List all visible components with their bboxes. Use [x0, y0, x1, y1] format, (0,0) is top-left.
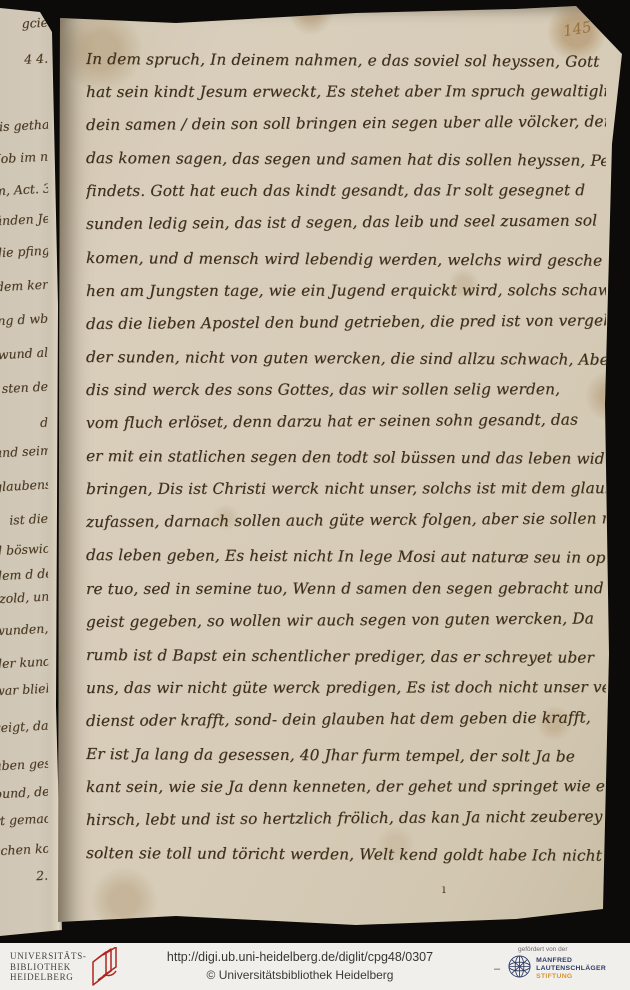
- manuscript-line: kant sein, wie sie Ja denn kenneten, der…: [86, 770, 606, 804]
- manuscript-line: komen, und d mensch wird lebendig werden…: [86, 242, 606, 278]
- marginalia-fragment: m, Act. 3:: [0, 181, 48, 199]
- manuscript-line: uns, das wir nicht güte werck predigen, …: [86, 671, 606, 705]
- footer-center-text: http://digi.ub.uni-heidelberg.de/diglit/…: [167, 950, 433, 982]
- marginalia-fragment: wunden,: [0, 621, 48, 639]
- marginalia-fragment: die pfing: [0, 243, 48, 261]
- library-name-line3: HEIDELBERG: [10, 972, 87, 983]
- manuscript-line: bringen, Dis ist Christi werck nicht uns…: [86, 472, 606, 506]
- manuscript-line: dein samen / dein son soll bringen ein s…: [86, 106, 606, 143]
- marginalia-fragment: tis gethan: [0, 117, 48, 135]
- marginalia-fragment: wund al: [0, 345, 48, 363]
- marginalia-fragment: rt gemacht: [0, 811, 48, 829]
- manuscript-page: 145 In dem spruch, In deinem nahmen, e d…: [56, 4, 622, 938]
- marginalia-fragment: ist die: [0, 511, 48, 529]
- manuscript-line: das die lieben Apostel den bund getriebe…: [86, 304, 606, 341]
- manuscript-line: vom fluch erlöset, denn darzu hat er sei…: [86, 403, 606, 440]
- marginalia-fragment: tzold, und: [0, 589, 48, 607]
- marginalia-fragment: 2.: [0, 868, 48, 886]
- manuscript-line: dis sind werck des sons Gottes, das wir …: [86, 373, 606, 407]
- marginalia-fragment: war blieb: [0, 681, 48, 699]
- marginalia-fragment: der kundig: [0, 654, 48, 672]
- funder-name-line2: LAUTENSCHLÄGER: [536, 965, 606, 973]
- marginalia-fragment: bund, der: [0, 784, 48, 802]
- marginalia-fragment: dem d der: [0, 566, 48, 584]
- digitized-page-url: http://digi.ub.uni-heidelberg.de/diglit/…: [167, 950, 433, 964]
- marginalia-fragment: d: [0, 415, 48, 433]
- marginalia-fragment: aben gesund: [0, 756, 48, 774]
- library-name-line2: BIBLIOTHEK: [10, 962, 87, 973]
- marginalia-fragment: schen kom: [0, 841, 48, 859]
- marginalia-fragment: und seim: [0, 443, 48, 461]
- manuscript-line: sunden ledig sein, das ist d segen, das …: [86, 205, 606, 242]
- marginalia-fragment: d böswich: [0, 541, 48, 559]
- marginalia-fragment: ünden Je: [0, 211, 48, 229]
- globe-icon: [507, 954, 532, 984]
- marginalia-fragment: Job im n: [0, 149, 48, 167]
- manuscript-line: er mit ein statlichen segen den todt sol…: [86, 440, 606, 476]
- manuscript-line: zufassen, darnach sollen auch güte werck…: [86, 503, 606, 540]
- funder-name-line1: MANFRED: [536, 957, 606, 965]
- manuscript-scan: gcie 4 4. tis gethan Job im n m, Act. 3:…: [0, 0, 630, 943]
- marginalia-fragment: glaubens j: [0, 477, 48, 495]
- manuscript-line: dienst oder krafft, sond- dein glauben h…: [86, 701, 606, 738]
- manuscript-line: hat sein kindt Jesum erweckt, Es stehet …: [86, 75, 606, 109]
- manuscript-line: geist gegeben, so wollen wir auch segen …: [86, 602, 606, 639]
- manuscript-line: In dem spruch, In deinem nahmen, e das s…: [86, 43, 606, 79]
- manuscript-line: re tuo, sed in semine tuo, Wenn d samen …: [86, 572, 606, 606]
- library-name-line1: UNIVERSITÄTS-: [10, 951, 87, 962]
- marginalia-fragment: sten de: [0, 379, 48, 397]
- manuscript-line: findets. Gott hat euch das kindt gesandt…: [86, 174, 606, 208]
- manuscript-line: das komen sagen, das segen und samen hat…: [86, 142, 606, 178]
- manuscript-text-block: In dem spruch, In deinem nahmen, e das s…: [86, 43, 606, 870]
- library-footer-bar: UNIVERSITÄTS- BIBLIOTHEK HEIDELBERG http…: [0, 943, 630, 990]
- manuscript-line: hen am Jungsten tage, wie ein Jugend erq…: [86, 274, 606, 308]
- manuscript-line: solten sie toll und töricht werden, Welt…: [86, 837, 606, 870]
- catchword-mark: ı: [442, 882, 446, 896]
- manuscript-line: rumb ist d Bapst ein schentlicher predig…: [86, 639, 606, 675]
- ub-heidelberg-logo-icon: [88, 947, 124, 990]
- manuscript-line: hirsch, lebt und ist so hertzlich frölic…: [86, 801, 606, 838]
- marginalia-fragment: gcie: [0, 15, 48, 33]
- funder-pretext: gefördert von der: [518, 946, 624, 953]
- manuscript-line: Er ist Ja lang da gesessen, 40 Jhar furm…: [86, 738, 606, 774]
- funder-block: gefördert von der – MANFRED: [494, 946, 624, 984]
- manuscript-line: das leben geben, Es heist nicht In lege …: [86, 539, 606, 575]
- copyright-line: © Universitätsbibliothek Heidelberg: [167, 968, 433, 982]
- funder-name: MANFRED LAUTENSCHLÄGER STIFTUNG: [536, 957, 606, 980]
- manuscript-line: der sunden, nicht von guten wercken, die…: [86, 341, 606, 377]
- folio-number: 145: [562, 18, 593, 41]
- marginalia-fragment: ng d wb: [0, 311, 48, 329]
- marginalia-fragment: 4 4.: [0, 51, 48, 69]
- funder-name-line3: STIFTUNG: [536, 973, 606, 981]
- funder-dash: –: [494, 963, 500, 975]
- library-name: UNIVERSITÄTS- BIBLIOTHEK HEIDELBERG: [10, 951, 87, 983]
- marginalia-fragment: zeigt, da: [0, 718, 48, 736]
- marginalia-fragment: dem ker: [0, 277, 48, 295]
